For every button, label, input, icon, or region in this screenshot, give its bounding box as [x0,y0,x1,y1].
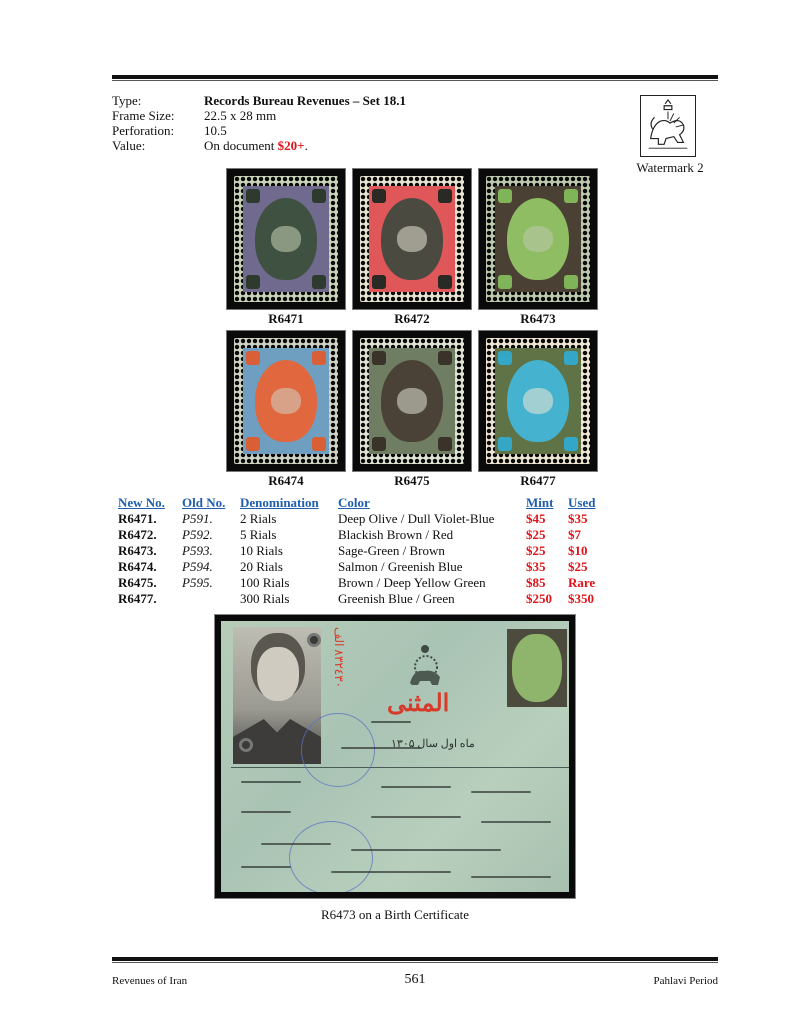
cell-new: R6477. [118,591,182,607]
ink-seal [289,821,373,892]
cell-used: $7 [568,527,608,543]
cell-old: P594. [182,559,240,575]
type-label: Type: [112,93,204,108]
table-row: R6474.P594.20 RialsSalmon / Greenish Blu… [118,559,608,575]
stamp-info-block: Type:Records Bureau Revenues – Set 18.1 … [112,93,406,153]
stamp-image-r6477 [478,330,598,472]
cell-mint: $25 [526,543,568,559]
eyelet [239,738,253,752]
stamp-image-r6475 [352,330,472,472]
cell-mint: $35 [526,559,568,575]
cell-denomination: 100 Rials [240,575,338,591]
header-denomination: Denomination [240,495,338,511]
table-row: R6473.P593.10 RialsSage-Green / Brown$25… [118,543,608,559]
cell-new: R6474. [118,559,182,575]
cell-used: Rare [568,575,608,591]
cell-used: $10 [568,543,608,559]
frame-size-value: 22.5 x 28 mm [204,108,276,123]
cell-mint: $85 [526,575,568,591]
header-used: Used [568,495,608,511]
cell-new: R6475. [118,575,182,591]
value-value: On document $20+. [204,138,308,153]
value-suffix: . [305,138,308,153]
header-new-no: New No. [118,495,182,511]
stamp-image-r6471 [226,168,346,310]
year-text: ماه اول سال ۱۳۰۵ [391,737,475,750]
value-price: $20+ [278,138,305,153]
cell-denomination: 300 Rials [240,591,338,607]
stamp-image-r6474 [226,330,346,472]
cell-color: Salmon / Greenish Blue [338,559,526,575]
perforation-value: 10.5 [204,123,227,138]
header-color: Color [338,495,526,511]
cell-color: Blackish Brown / Red [338,527,526,543]
cell-color: Brown / Deep Yellow Green [338,575,526,591]
cell-color: Sage-Green / Brown [338,543,526,559]
stamp-image-r6473 [478,168,598,310]
table-row: R6472.P592.5 RialsBlackish Brown / Red$2… [118,527,608,543]
cell-old [182,591,240,607]
stamp-label: R6477 [478,473,598,489]
bottom-rule [112,957,718,963]
top-rule [112,75,718,81]
stamp-label: R6472 [352,311,472,327]
stamp-label: R6475 [352,473,472,489]
ink-seal [301,713,375,787]
cell-old: P591. [182,511,240,527]
cell-old: P595. [182,575,240,591]
value-prefix: On document [204,138,278,153]
table-row: R6475.P595.100 RialsBrown / Deep Yellow … [118,575,608,591]
serial-number: ٨٣٢٤٣٠ الف [331,627,346,688]
footer-book-title: Revenues of Iran [112,975,187,987]
cell-denomination: 10 Rials [240,543,338,559]
type-value: Records Bureau Revenues – Set 18.1 [204,93,406,108]
affixed-stamp-r6473 [507,629,567,707]
cell-used: $35 [568,511,608,527]
cell-old: P592. [182,527,240,543]
cell-new: R6471. [118,511,182,527]
value-label: Value: [112,138,204,153]
header-mint: Mint [526,495,568,511]
table-row: R6477.300 RialsGreenish Blue / Green$250… [118,591,608,607]
cell-new: R6472. [118,527,182,543]
cell-mint: $250 [526,591,568,607]
lion-and-sun-emblem-icon [404,643,446,691]
stamp-image-r6472 [352,168,472,310]
cell-old: P593. [182,543,240,559]
image-caption: R6473 on a Birth Certificate [214,907,576,923]
lion-and-sun-icon [640,95,696,157]
cell-used: $25 [568,559,608,575]
catalog-table: New No. Old No. Denomination Color Mint … [118,495,608,607]
stamp-label: R6471 [226,311,346,327]
footer-section: Pahlavi Period [654,975,718,987]
perforation-label: Perforation: [112,123,204,138]
table-header-row: New No. Old No. Denomination Color Mint … [118,495,608,511]
table-row: R6471.P591.2 RialsDeep Olive / Dull Viol… [118,511,608,527]
document-title: المثنی [387,689,449,718]
cell-denomination: 2 Rials [240,511,338,527]
page-number: 561 [380,972,450,988]
cell-denomination: 20 Rials [240,559,338,575]
cell-new: R6473. [118,543,182,559]
cell-mint: $45 [526,511,568,527]
stamp-label: R6474 [226,473,346,489]
frame-size-label: Frame Size: [112,108,204,123]
cell-color: Greenish Blue / Green [338,591,526,607]
cell-used: $350 [568,591,608,607]
cell-color: Deep Olive / Dull Violet-Blue [338,511,526,527]
eyelet [307,633,321,647]
cell-mint: $25 [526,527,568,543]
birth-certificate-image: ٨٣٢٤٣٠ الف المثنی ماه اول سال ۱۳۰۵ [214,614,576,899]
watermark-caption: Watermark 2 [630,160,710,176]
header-old-no: Old No. [182,495,240,511]
stamp-label: R6473 [478,311,598,327]
cell-denomination: 5 Rials [240,527,338,543]
